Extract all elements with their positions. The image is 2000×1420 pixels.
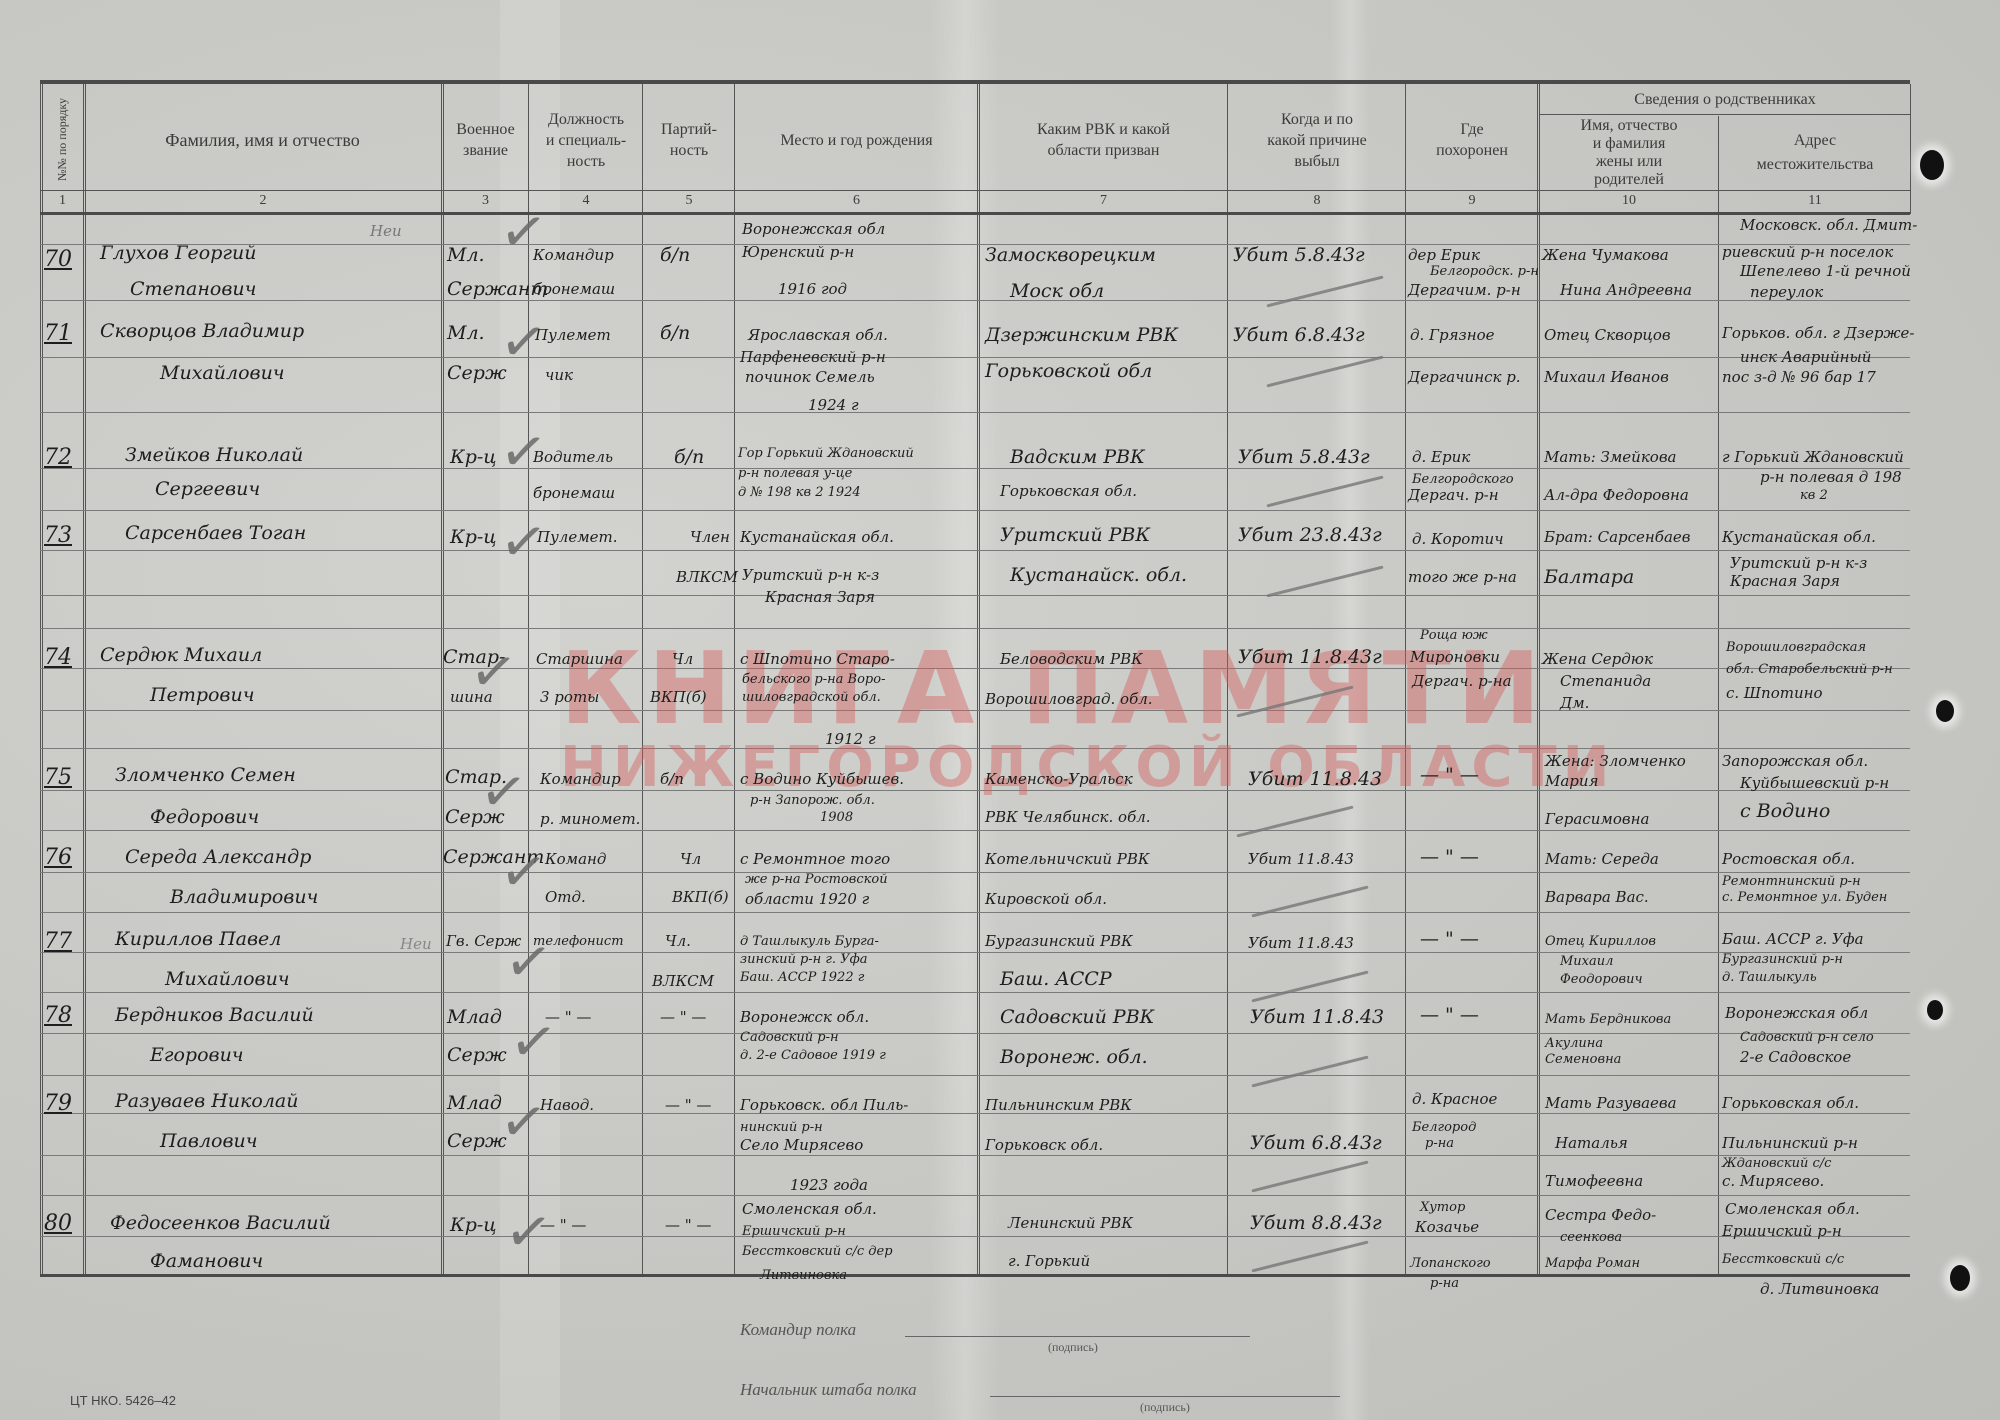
row-number: 73 <box>44 524 72 547</box>
row-relative: Брат: Сарсенбаев <box>1544 528 1691 546</box>
signature-hint: (подпись) <box>1048 1340 1098 1355</box>
row-address: Красная Заря <box>1730 572 1840 590</box>
row-position: бронемаш <box>533 280 615 298</box>
row-birth: Воронежск обл. <box>740 1008 869 1026</box>
col-number-9: 9 <box>1407 193 1537 211</box>
row-number: 76 <box>44 846 72 869</box>
ruled-line <box>40 412 1910 413</box>
row-reason: Убит 5.8.43г <box>1233 244 1365 267</box>
row-rvk: Садовский РВК <box>1000 1006 1154 1029</box>
punch-hole <box>1920 150 1944 180</box>
row-name: Бердников Василий <box>115 1004 314 1027</box>
header-line: и фамилия <box>1593 135 1666 153</box>
row-birth: с Водино Куйбышев. <box>740 770 904 788</box>
row-buried: Роща юж <box>1420 628 1488 643</box>
row-party: Чл <box>672 650 693 668</box>
row-birth: Парфеневский р-н <box>740 348 886 366</box>
row-address: Запорожская обл. <box>1722 752 1868 770</box>
watermark-title: КНИГА ПАМЯТИ <box>560 630 1547 747</box>
ruled-line <box>40 1155 1910 1156</box>
row-relative: Тимофеевна <box>1545 1172 1643 1190</box>
row-buried: Лопанского <box>1410 1256 1491 1271</box>
ruled-line <box>40 357 1910 358</box>
check-mark-icon: ✓ <box>496 837 552 908</box>
group-header-relatives: Сведения о родственниках <box>1540 84 1910 114</box>
row-name: Сердюк Михаил <box>100 644 262 667</box>
row-party: б/п <box>660 244 690 267</box>
row-birth: Гор Горький Ждановский <box>738 446 914 461</box>
row-birth: д № 198 кв 2 1924 <box>738 485 861 500</box>
col-header-9: Где похоронен <box>1407 90 1537 190</box>
col-number-10: 10 <box>1540 193 1718 211</box>
row-position: бронемаш <box>533 484 615 502</box>
row-relative: Степанида <box>1560 672 1651 690</box>
row-buried: Дергачинск р. <box>1408 368 1521 386</box>
col-divider <box>83 84 86 1274</box>
row-relative: Феодорович <box>1560 972 1643 987</box>
col-header-10: Имя, отчество и фамилия жены или родител… <box>1540 116 1718 190</box>
row-relative: Мать: Середа <box>1545 850 1659 868</box>
row-reason: Убит 5.8.43г <box>1238 446 1370 469</box>
row-name: Степанович <box>130 278 256 301</box>
table-bottom-line <box>40 1274 1910 1277</box>
ruled-line <box>40 1075 1910 1076</box>
row-address: Ворошиловградская <box>1726 640 1866 655</box>
row-position: Старшина <box>536 650 623 668</box>
row-position: Командир <box>533 246 614 264</box>
ruled-line <box>40 244 1910 245</box>
row-address: д. Ташлыкуль <box>1722 970 1817 985</box>
row-birth: Горьковск. обл Пиль- <box>740 1096 908 1114</box>
row-rvk: Бургазинский РВК <box>985 932 1133 950</box>
row-address: переулок <box>1750 283 1823 301</box>
row-party: ВЛКСМ <box>676 568 738 586</box>
signature-hint: (подпись) <box>1140 1400 1190 1415</box>
col-header-1: №№ по порядку <box>40 84 85 194</box>
row-birth: шиловградской обл. <box>742 690 881 705</box>
row-relative: сеенкова <box>1560 1230 1622 1245</box>
row-address: Ждановский с/с <box>1722 1156 1831 1171</box>
commander-signature-line <box>905 1336 1250 1337</box>
row-reason: Убит 11.8.43 <box>1248 768 1382 791</box>
row-rvk: Каменско-Уральск <box>985 770 1133 788</box>
col-number-6: 6 <box>736 193 977 211</box>
row-relative: Отец Кириллов <box>1545 934 1656 949</box>
row-birth: р-н полевая у-це <box>738 466 852 481</box>
row-relative: Жена: Зломченко <box>1545 752 1686 770</box>
row-birth: Садовский р-н <box>740 1030 839 1045</box>
row-address: обл. Старобельский р-н <box>1726 662 1893 677</box>
row-party: Чл <box>680 850 701 868</box>
row-rank: Мл. <box>447 244 485 267</box>
row-relative: Нина Андреевна <box>1560 281 1692 299</box>
row-name: Сарсенбаев Тоган <box>125 522 306 545</box>
row-name: Середа Александр <box>125 846 311 869</box>
row-relative: Семеновна <box>1545 1052 1621 1067</box>
punch-hole <box>1927 1000 1943 1020</box>
row-address: инск Аварийный <box>1740 348 1871 366</box>
row-address: Бесстковский с/с <box>1722 1252 1844 1267</box>
row-name: Глухов Георгий <box>100 242 256 265</box>
col-header-8: Когда и по какой причине выбыл <box>1229 90 1405 190</box>
row-relative: Мать: Змейкова <box>1544 448 1677 466</box>
check-mark-icon: ✓ <box>506 1007 562 1078</box>
row-number: 80 <box>44 1212 72 1235</box>
row-address: Кустанайская обл. <box>1722 528 1876 546</box>
row-rvk: РВК Челябинск. обл. <box>985 808 1151 826</box>
ruled-line <box>40 1033 1910 1034</box>
row-address: Пильнинский р-н <box>1722 1134 1858 1152</box>
check-mark-icon: ✓ <box>496 417 552 488</box>
margin-note: Неи <box>370 222 402 240</box>
row-reason: Убит 23.8.43г <box>1238 524 1382 547</box>
row-rank: Кр-ц <box>450 526 497 549</box>
row-number: 77 <box>44 930 72 953</box>
header-line: Должность <box>548 109 624 130</box>
row-birth: д. 2-е Садовое 1919 г <box>740 1048 886 1063</box>
row-birth: Литвиновка <box>760 1268 847 1283</box>
ruled-line <box>40 595 1910 596</box>
row-birth: Уритский р-н к-з <box>742 566 879 584</box>
row-rvk: Кировской обл. <box>985 890 1107 908</box>
row-name: Зломченко Семен <box>115 764 296 787</box>
row-rvk: Воронеж. обл. <box>1000 1046 1148 1069</box>
row-birth: 1916 год <box>778 280 847 298</box>
row-buried: д. Коротич <box>1412 530 1504 548</box>
row-address: р-н полевая д 198 <box>1760 468 1902 486</box>
row-reason: Убит 6.8.43г <box>1250 1132 1382 1155</box>
row-buried: Белгород <box>1412 1120 1476 1135</box>
row-birth: Ярославская обл. <box>748 326 888 344</box>
row-party: Член <box>690 528 730 546</box>
row-birth: Юренский р-н <box>742 243 854 261</box>
check-mark-icon: ✓ <box>476 757 532 828</box>
header-line: звание <box>463 140 508 161</box>
row-relative: Наталья <box>1555 1134 1628 1152</box>
row-relative: Мария <box>1545 772 1599 790</box>
row-party: ВКП(б) <box>672 888 729 906</box>
row-number: 70 <box>44 248 72 271</box>
row-name: Михайлович <box>165 968 290 991</box>
row-birth: Бесстковский с/с дер <box>742 1244 893 1259</box>
row-name: Фаманович <box>150 1250 263 1273</box>
row-relative: Мать Бердникова <box>1545 1012 1671 1027</box>
row-number: 74 <box>44 646 72 669</box>
row-relative: Герасимовна <box>1545 810 1649 828</box>
col-divider <box>1718 116 1719 1274</box>
commander-label: Командир полка <box>740 1320 856 1340</box>
header-line: местожительства <box>1757 153 1874 177</box>
col-header-3: Военное звание <box>443 90 528 190</box>
row-address: Ростовская обл. <box>1722 850 1855 868</box>
row-rvk: Беловодским РВК <box>1000 650 1143 668</box>
header-line: выбыл <box>1294 151 1339 172</box>
header-bottom-line <box>40 190 1910 191</box>
check-mark-icon: ✓ <box>501 1197 557 1268</box>
row-birth: зинский р-н г. Уфа <box>740 952 868 967</box>
row-birth: области 1920 г <box>745 890 869 908</box>
row-relative: Акулина <box>1545 1036 1603 1051</box>
header-line: Имя, отчество <box>1581 117 1678 135</box>
ruled-line <box>40 992 1910 993</box>
group-header-line <box>1540 114 1910 115</box>
row-name: Кириллов Павел <box>115 928 281 951</box>
row-party: ВКП(б) <box>650 688 707 706</box>
row-party: — " — <box>660 1008 706 1026</box>
row-buried: Мироновки <box>1410 648 1500 666</box>
row-buried: Козачье <box>1415 1218 1479 1236</box>
row-relative: Сестра Федо- <box>1545 1206 1656 1224</box>
row-rvk: Горьковская обл. <box>1000 482 1137 500</box>
row-birth: 1924 г <box>808 396 859 414</box>
col-header-4: Должность и специаль- ность <box>530 90 642 190</box>
row-birth: 1923 года <box>790 1176 868 1194</box>
row-rvk: Кустанайск. обл. <box>1010 564 1187 587</box>
row-reason: Убит 6.8.43г <box>1233 324 1365 347</box>
row-address: с. Шпотино <box>1726 684 1823 702</box>
row-reason: Убит 8.8.43г <box>1250 1212 1382 1235</box>
row-birth: нинский р-н <box>740 1120 823 1135</box>
row-rvk: Ворошиловград. обл. <box>985 690 1153 708</box>
punch-hole <box>1950 1265 1970 1291</box>
row-reason: Убит 11.8.43г <box>1238 646 1382 669</box>
row-position: Отд. <box>545 888 586 906</box>
row-address: Уритский р-н к-з <box>1730 554 1867 572</box>
ruled-line <box>40 1113 1910 1114</box>
ruled-line <box>40 628 1910 629</box>
col-header-2: Фамилия, имя и отчество <box>85 90 440 190</box>
row-rvk: Пильнинским РВК <box>985 1096 1132 1114</box>
row-rvk: Замоскворецким <box>985 244 1156 267</box>
header-line: жены или <box>1596 153 1662 171</box>
row-buried: — " — <box>1420 1004 1479 1027</box>
row-birth: с Шпотино Старо- <box>740 650 895 668</box>
row-address: пос з-д № 96 бар 17 <box>1722 368 1876 386</box>
row-rvk: Горьковск обл. <box>985 1136 1103 1154</box>
row-address: риевский р-н поселок <box>1722 243 1893 261</box>
row-birth: Село Мирясево <box>740 1136 863 1154</box>
row-address: Московск. обл. Дмит- <box>1740 216 1917 234</box>
row-relative: Жена Чумакова <box>1542 246 1669 264</box>
header-number-line <box>40 212 1910 215</box>
col-header-6: Место и год рождения <box>736 90 977 190</box>
row-address: Садовский р-н село <box>1740 1030 1874 1045</box>
row-birth: 1908 <box>820 810 853 825</box>
row-rank: Млад <box>447 1092 502 1115</box>
row-name: Змейков Николай <box>125 444 303 467</box>
header-line: родителей <box>1594 171 1664 189</box>
row-rank: Кр-ц <box>450 446 497 469</box>
row-relative: Жена Сердюк <box>1542 650 1653 668</box>
col-number-11: 11 <box>1720 193 1910 211</box>
row-birth: 1912 г <box>825 730 876 748</box>
row-buried: Белгородского <box>1412 472 1514 487</box>
row-number: 72 <box>44 446 72 469</box>
row-birth: Ершичский р-н <box>742 1224 846 1239</box>
row-relative: Марфа Роман <box>1545 1256 1640 1271</box>
row-rvk: Дзержинским РВК <box>985 324 1178 347</box>
header-line: ность <box>567 151 605 172</box>
row-address: Шепелево 1-й речной <box>1740 262 1911 280</box>
row-name: Михайлович <box>160 362 285 385</box>
row-buried: — " — <box>1420 846 1479 869</box>
row-birth: Кустанайская обл. <box>740 528 894 546</box>
row-rvk: Ленинский РВК <box>1008 1214 1133 1232</box>
row-name: Петрович <box>150 684 255 707</box>
row-party: б/п <box>660 770 684 788</box>
row-relative: Балтара <box>1544 566 1634 589</box>
row-reason: Убит 11.8.43 <box>1250 1006 1384 1029</box>
ruled-line <box>40 468 1910 469</box>
chief-of-staff-label: Начальник штаба полка <box>740 1380 917 1400</box>
col-number-5: 5 <box>644 193 734 211</box>
col-number-8: 8 <box>1229 193 1405 211</box>
row-number: 79 <box>44 1092 72 1115</box>
row-name: Владимирович <box>170 886 318 909</box>
col-divider <box>1910 84 1911 214</box>
col-divider <box>441 84 444 1274</box>
row-rvk: г. Горький <box>1008 1252 1090 1270</box>
col-number-2: 2 <box>85 193 441 211</box>
row-rvk: Уритский РВК <box>1000 524 1150 547</box>
row-buried: д. Ерик <box>1412 448 1470 466</box>
row-buried: — " — <box>1420 764 1479 787</box>
check-mark-icon: ✓ <box>466 637 522 708</box>
check-mark-icon: ✓ <box>496 197 552 268</box>
row-address: Горьковская обл. <box>1722 1094 1859 1112</box>
row-address: Воронежская обл <box>1725 1004 1868 1022</box>
header-line: Партий- <box>661 119 717 140</box>
row-address: Смоленская обл. <box>1725 1200 1860 1218</box>
row-party: — " — <box>665 1096 711 1114</box>
row-party: — " — <box>665 1216 711 1234</box>
col-number-7: 7 <box>980 193 1227 211</box>
punch-hole <box>1936 700 1954 722</box>
row-number: 78 <box>44 1004 72 1027</box>
row-birth: починок Семель <box>745 368 875 386</box>
chief-signature-line <box>990 1396 1340 1397</box>
row-position: р. миномет. <box>540 810 640 828</box>
header-line: какой причине <box>1267 130 1367 151</box>
row-birth: Баш. АССР 1922 г <box>740 970 864 985</box>
row-address: Баш. АССР г. Уфа <box>1722 930 1864 948</box>
header-line: Где <box>1460 119 1483 140</box>
header-line: Военное <box>456 119 514 140</box>
row-party: б/п <box>660 322 690 345</box>
row-buried: д. Красное <box>1412 1090 1497 1108</box>
header-line: области призван <box>1048 140 1160 161</box>
row-address: с Водино <box>1740 800 1830 823</box>
row-position: Командир <box>540 770 621 788</box>
row-name: Павлович <box>160 1130 258 1153</box>
row-party: ВЛКСМ <box>652 972 714 990</box>
row-address: с. Мирясево. <box>1722 1172 1824 1190</box>
row-name: Скворцов Владимир <box>100 320 304 343</box>
row-rank: Кр-ц <box>450 1214 497 1237</box>
row-name: Разуваев Николай <box>115 1090 298 1113</box>
header-line: похоронен <box>1436 140 1508 161</box>
row-relative: Михаил <box>1560 954 1613 969</box>
row-number: 75 <box>44 766 72 789</box>
row-birth: д Ташлыкуль Бурга- <box>740 934 879 949</box>
row-birth: бельского р-на Воро- <box>742 672 885 687</box>
row-address: Бургазинский р-н <box>1722 952 1843 967</box>
row-address: Ершичский р-н <box>1722 1222 1842 1240</box>
row-relative: Михаил Иванов <box>1544 368 1669 386</box>
row-buried: — " — <box>1420 928 1479 951</box>
row-birth: Воронежская обл <box>742 220 885 238</box>
row-party: б/п <box>674 446 704 469</box>
header-line: Когда и по <box>1281 109 1353 130</box>
row-buried: Белгородск. р-н <box>1430 264 1539 279</box>
row-birth: Красная Заря <box>765 588 875 606</box>
row-rank: Серж <box>447 1044 507 1067</box>
row-rvk: Горьковской обл <box>985 360 1152 383</box>
row-address: кв 2 <box>1800 488 1828 503</box>
row-rank: Млад <box>447 1006 502 1029</box>
row-relative: Дм. <box>1560 694 1589 712</box>
ruled-line <box>40 912 1910 913</box>
check-mark-icon: ✓ <box>501 927 557 998</box>
row-rvk: Котельничский РВК <box>985 850 1150 868</box>
row-name: Сергеевич <box>155 478 260 501</box>
ruled-line <box>40 1195 1910 1196</box>
check-mark-icon: ✓ <box>496 507 552 578</box>
form-code: ЦТ НКО. 5426–42 <box>70 1393 176 1408</box>
row-number: 71 <box>44 322 72 345</box>
header-line: Адрес <box>1794 129 1836 153</box>
ruled-line <box>40 952 1910 953</box>
row-birth: Смоленская обл. <box>742 1200 877 1218</box>
ruled-line <box>40 550 1910 551</box>
ruled-line <box>40 1236 1910 1237</box>
row-birth: же р-на Ростовской <box>745 872 888 887</box>
col-header-7: Каким РВК и какой области призван <box>980 90 1227 190</box>
row-address: Куйбышевский р-н <box>1740 774 1889 792</box>
row-position: чик <box>545 366 573 384</box>
row-buried: р-на <box>1425 1136 1454 1151</box>
row-party: Чл. <box>665 932 691 950</box>
col-divider <box>40 84 43 1274</box>
row-reason: Убит 11.8.43 <box>1248 850 1354 868</box>
margin-note: Неи <box>400 935 432 953</box>
row-position: Команд <box>545 850 606 868</box>
row-birth: с Ремонтное того <box>740 850 890 868</box>
row-reason: Убит 11.8.43 <box>1248 934 1354 952</box>
row-rvk: Вадским РВК <box>1010 446 1145 469</box>
row-address: 2-е Садовское <box>1740 1048 1851 1066</box>
row-relative: Отец Скворцов <box>1544 326 1671 344</box>
ruled-line <box>40 830 1910 831</box>
row-rvk: Баш. АССР <box>1000 968 1112 991</box>
ruled-line <box>40 872 1910 873</box>
row-name: Егорович <box>150 1044 244 1067</box>
col-number-1: 1 <box>40 193 85 211</box>
header-line: ность <box>670 140 708 161</box>
row-name: Федосеенков Василий <box>110 1212 331 1235</box>
row-buried: Дергач. р-н <box>1408 486 1499 504</box>
check-mark-icon: ✓ <box>496 1087 552 1158</box>
row-rvk: Моск обл <box>1010 280 1104 303</box>
row-name: Федорович <box>150 806 259 829</box>
row-relative: Ал-дра Федоровна <box>1544 486 1689 504</box>
ruled-line <box>40 300 1910 301</box>
row-relative: Варвара Вас. <box>1545 888 1649 906</box>
col-header-5: Партий- ность <box>644 90 734 190</box>
row-buried: р-на <box>1430 1276 1459 1291</box>
row-address: г Горький Ждановский <box>1722 448 1904 466</box>
row-buried: Хутор <box>1420 1200 1465 1215</box>
